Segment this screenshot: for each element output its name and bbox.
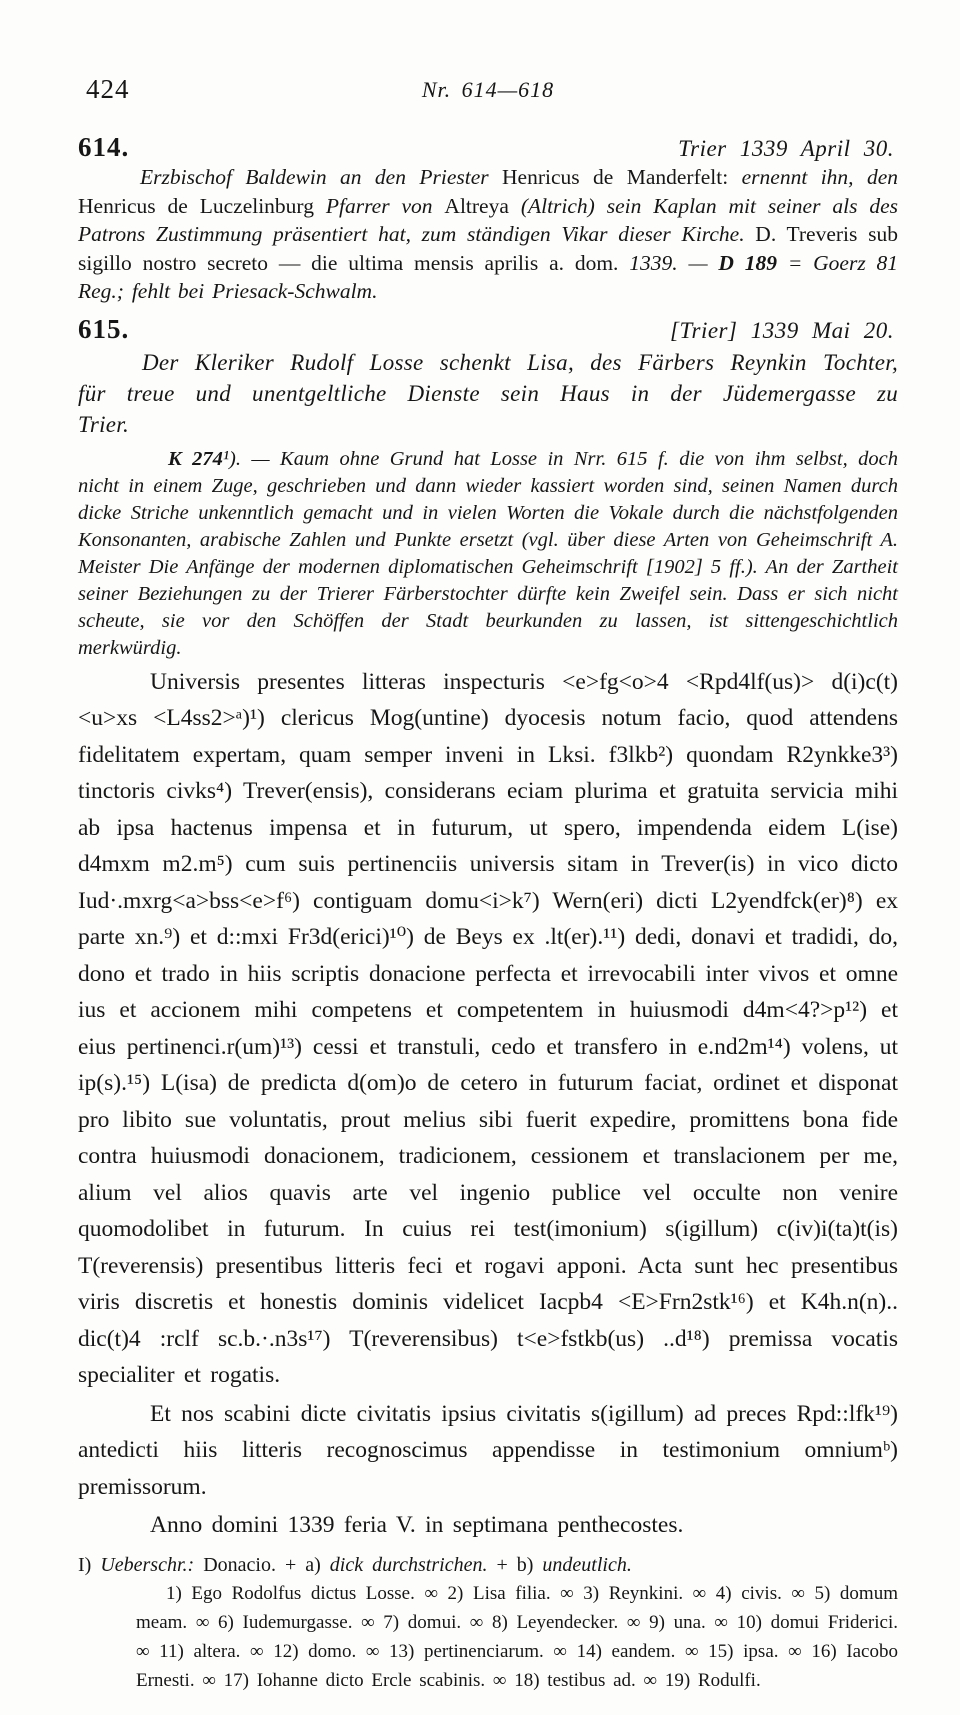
text-segment: Erzbischof Baldewin an den Priester <box>140 165 502 189</box>
entry-615-apparatus-line: I) Ueberschr.: Donacio. + a) dick durchs… <box>78 1552 898 1579</box>
entry-615-footnotes: 1) Ego Rodolfus dictus Losse. ∞ 2) Lisa … <box>136 1579 898 1695</box>
entry-615-text-paragraph-2: Et nos scabini dicte civitatis ipsius ci… <box>78 1396 898 1506</box>
entry-615-dateline: [Trier] 1339 Mai 20. <box>670 318 898 344</box>
text-segment: D 189 <box>718 251 787 275</box>
text-segment: Henricus de Manderfelt: <box>502 165 742 189</box>
text-segment: Henricus de Luczelinburg <box>78 194 326 218</box>
text-segment: I) <box>78 1554 100 1576</box>
text-segment: Pfarrer von <box>326 194 445 218</box>
running-title: Nr. 614—618 <box>422 77 554 103</box>
book-page: 424 Nr. 614—618 614. Trier 1339 April 30… <box>0 0 960 1715</box>
text-segment: 1339. — <box>629 251 718 275</box>
entry-615-source-note: K 274¹). — Kaum ohne Grund hat Losse in … <box>78 446 898 662</box>
entry-614-dateline: Trier 1339 April 30. <box>678 136 898 162</box>
text-segment: Ueberschr.: <box>100 1554 203 1576</box>
entry-615-text-paragraph-3: Anno domini 1339 feria V. in septimana p… <box>78 1507 898 1544</box>
text-segment: ernennt ihn, den <box>742 165 898 189</box>
entry-614: 614. Trier 1339 April 30. Erzbischof Bal… <box>78 132 898 306</box>
entry-615-number: 615. <box>78 314 129 345</box>
text-segment: ¹). — Kaum ohne Grund hat Losse in Nrr. … <box>78 448 898 659</box>
entry-614-regest: Erzbischof Baldewin an den Priester Henr… <box>78 163 898 306</box>
text-segment: K 274 <box>168 448 223 470</box>
entry-615: 615. [Trier] 1339 Mai 20. Der Kleriker R… <box>78 314 898 1695</box>
text-segment: undeutlich. <box>542 1554 631 1576</box>
entry-614-number: 614. <box>78 132 129 163</box>
text-segment: Der Kleriker Rudolf Losse schenkt Lisa, … <box>78 350 898 437</box>
text-segment: dick durchstrichen. <box>330 1554 497 1576</box>
text-segment: Altreya <box>444 194 520 218</box>
entry-615-head: 615. [Trier] 1339 Mai 20. <box>78 314 898 345</box>
page-header: 424 Nr. 614—618 <box>78 74 898 110</box>
entry-614-head: 614. Trier 1339 April 30. <box>78 132 898 163</box>
text-segment: Donacio. + a) <box>203 1554 330 1576</box>
page-number: 424 <box>86 74 130 105</box>
entry-615-text-paragraph-1: Universis presentes litteras inspecturis… <box>78 664 898 1394</box>
text-segment: + b) <box>496 1554 542 1576</box>
entry-615-regest: Der Kleriker Rudolf Losse schenkt Lisa, … <box>78 347 898 440</box>
